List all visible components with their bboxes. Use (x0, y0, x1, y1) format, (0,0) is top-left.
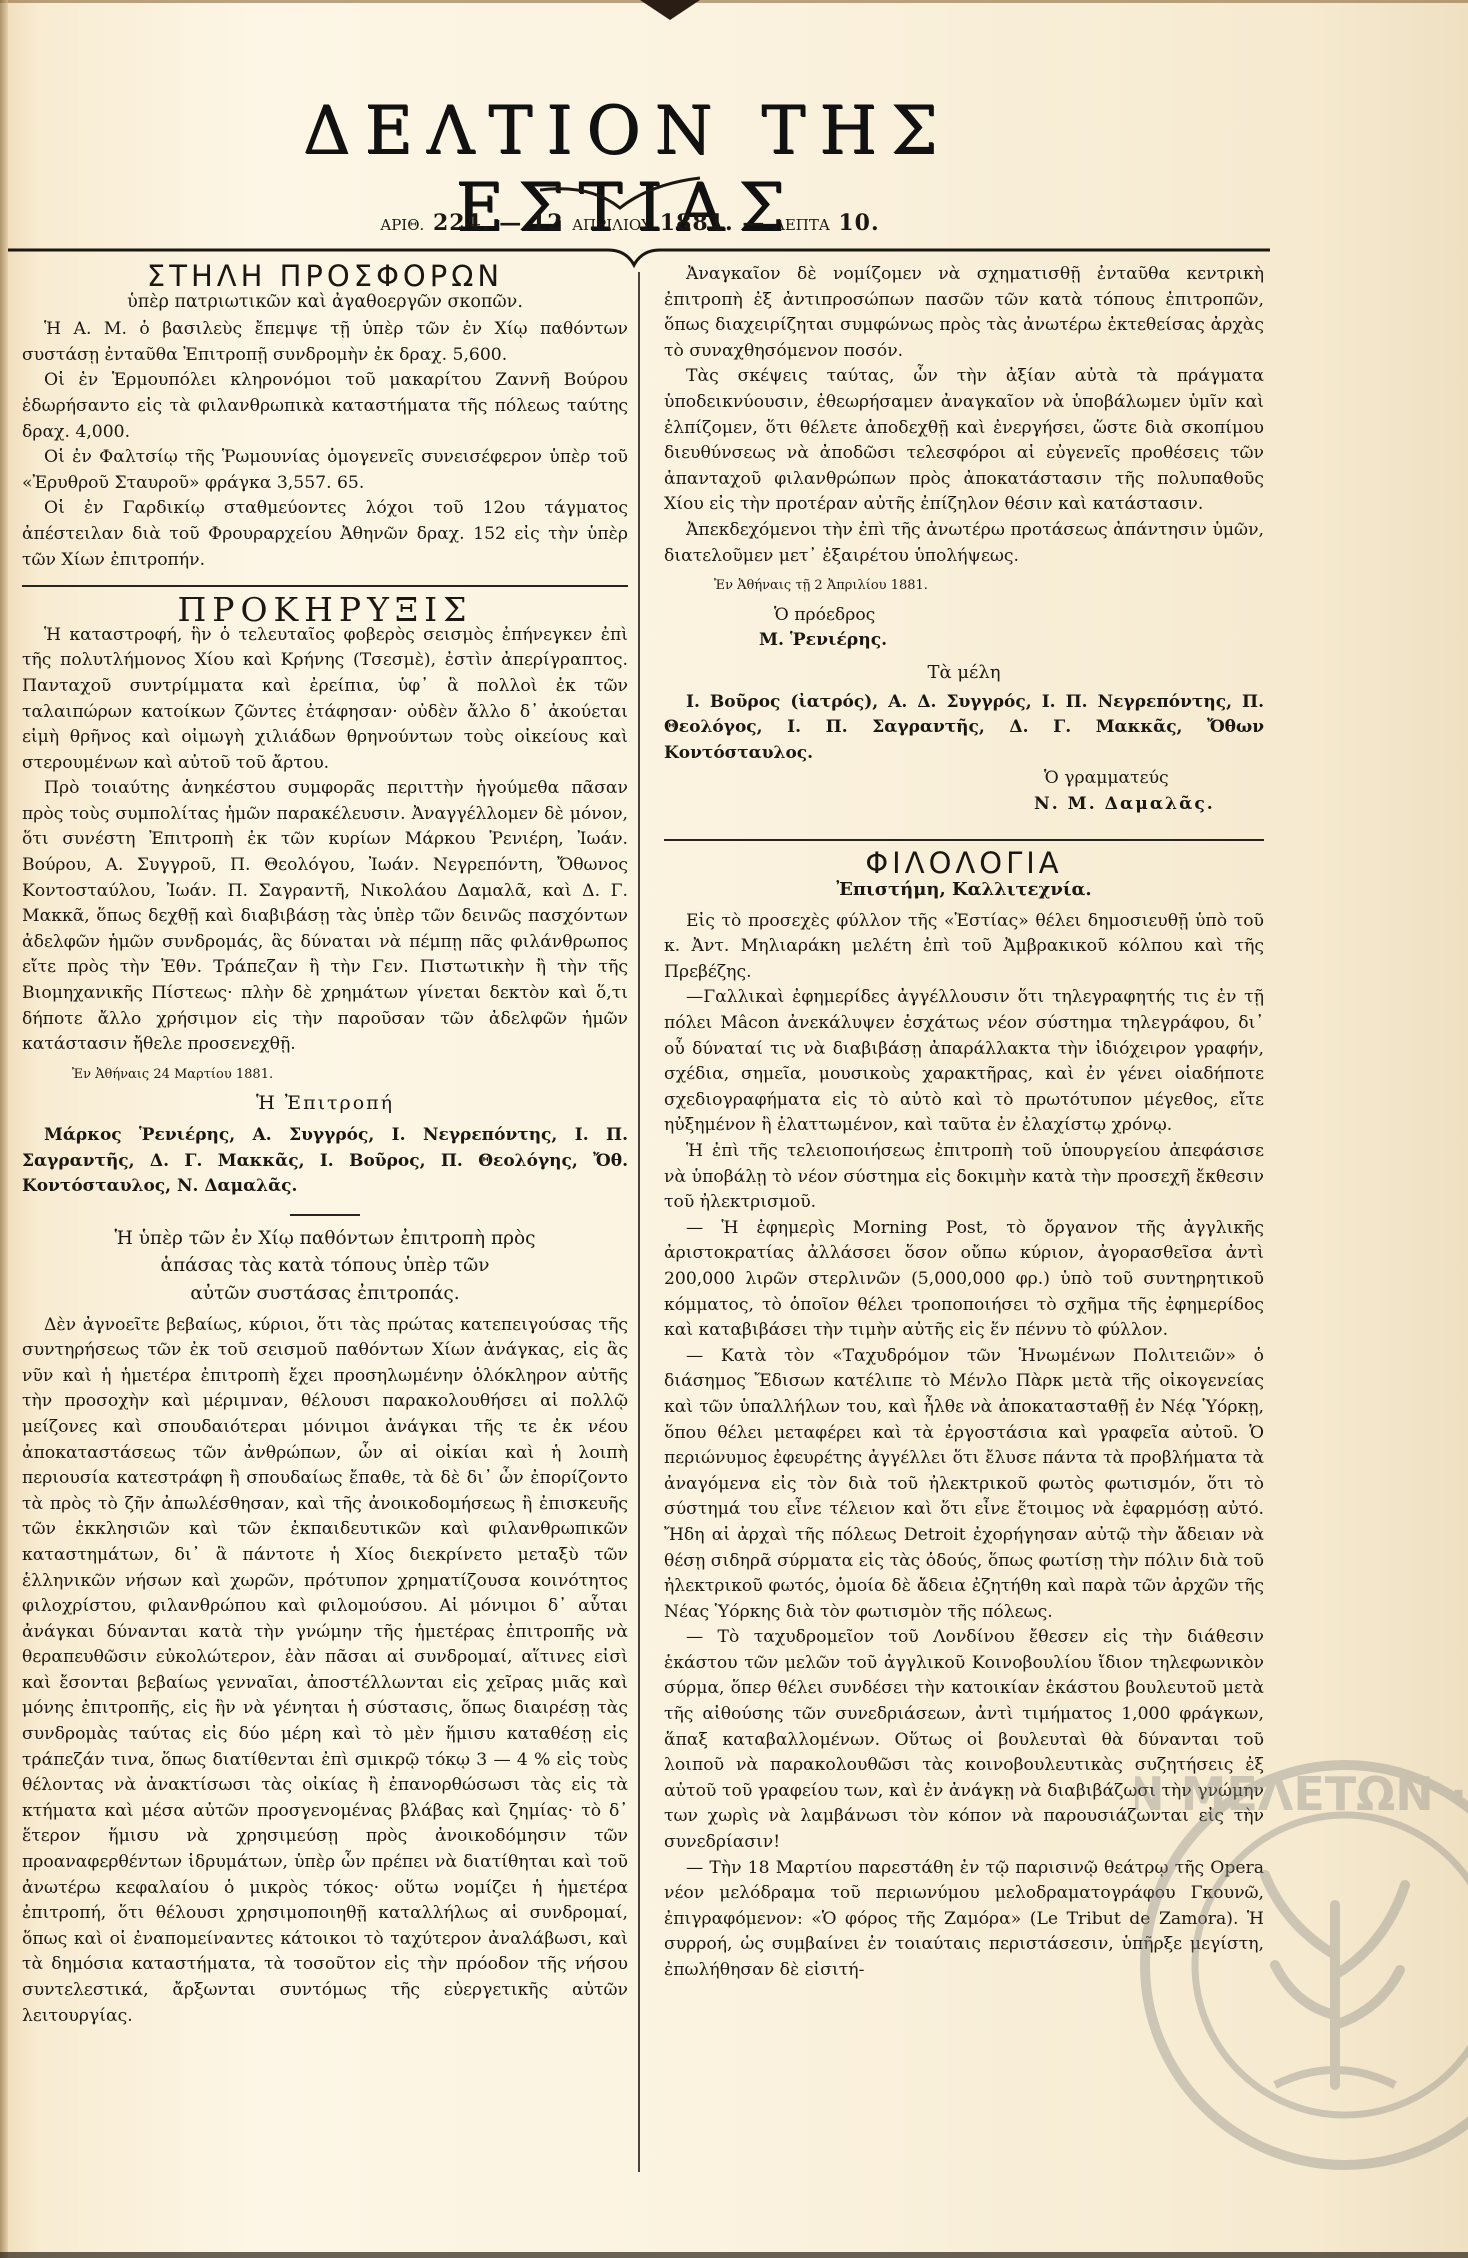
letter-heading-line: αὐτῶν συστάσας ἐπιτροπάς. (22, 1281, 628, 1307)
secretary-role: Ὁ γραμματεύς (664, 766, 1264, 792)
title-flourish-icon (520, 174, 720, 214)
paragraph: — Κατὰ τὸν «Ταχυδρόμον τῶν Ἡνωμένων Πολι… (664, 1344, 1264, 1626)
issue-dash: — (499, 210, 522, 236)
issue-dash: — (742, 210, 765, 236)
paragraph: Ἡ καταστροφή, ἣν ὁ τελευταῖος φοβερὸς σε… (22, 623, 628, 777)
section-divider (664, 839, 1264, 841)
issue-year: 1881. (660, 210, 734, 236)
paragraph: — Ἡ ἐφημερὶς Morning Post, τὸ ὄργανον τῆ… (664, 1216, 1264, 1344)
left-column: ΣΤΗΛΗ ΠΡΟΣΦΟΡΩΝ ὑπὲρ πατριωτικῶν καὶ ἀγα… (22, 262, 628, 2029)
right-column: Ἀναγκαῖον δὲ νομίζομεν νὰ σχηματισθῇ ἐντ… (664, 262, 1264, 1984)
section-heading: ΠΡΟΚΗΡΥΞΙΣ (22, 597, 628, 623)
page-top-edge (0, 0, 1468, 3)
offer-item: Οἱ ἐν Γαρδικίῳ σταθμεύοντες λόχοι τοῦ 12… (22, 496, 628, 573)
issue-prefix: ΑΡΙΘ. (380, 216, 424, 234)
section-heading: ΦΙΛΟΛΟΓΙΑ (664, 851, 1264, 877)
signature-heading: Ἡ Ἐπιτροπή (22, 1091, 628, 1117)
letter-section: Ἡ ὑπὲρ τῶν ἐν Χίῳ παθόντων ἐπιτροπὴ πρὸς… (22, 1226, 628, 2029)
price-value: 10. (838, 210, 879, 236)
section-heading: ΣΤΗΛΗ ΠΡΟΣΦΟΡΩΝ (22, 264, 628, 290)
paragraph: Πρὸ τοιαύτης ἀνηκέστου συμφορᾶς περιττὴν… (22, 776, 628, 1058)
dateline: Ἐν Ἀθήναις 24 Μαρτίου 1881. (22, 1062, 628, 1088)
paragraph: Ἡ ἐπὶ τῆς τελειοποιήσεως ἐπιτροπὴ τοῦ ὑπ… (664, 1139, 1264, 1216)
letter-continued: Ἀναγκαῖον δὲ νομίζομεν νὰ σχηματισθῇ ἐντ… (664, 262, 1264, 817)
president-name: Μ. Ῥενιέρης. (664, 628, 1264, 654)
paragraph: Ἀπεκδεχόμενοι τὴν ἐπὶ τῆς ἀνωτέρω προτάσ… (664, 518, 1264, 569)
price-label: ΛΕΠΤΑ (774, 216, 830, 234)
members-heading: Τὰ μέλη (664, 660, 1264, 686)
proclamation-section: ΠΡΟΚΗΡΥΞΙΣ Ἡ καταστροφή, ἣν ὁ τελευταῖος… (22, 597, 628, 1200)
section-subheading: Ἐπιστήμη, Καλλιτεχνία. (664, 877, 1264, 903)
short-divider (290, 1214, 360, 1216)
page-bottom-edge (0, 2252, 1468, 2258)
binding-notch (640, 0, 700, 20)
secretary-name: Ν. Μ. Δαμαλᾶς. (664, 792, 1264, 818)
paragraph: Ἀναγκαῖον δὲ νομίζομεν νὰ σχηματισθῇ ἐντ… (664, 262, 1264, 364)
offer-item: Οἱ ἐν Ἑρμουπόλει κληρονόμοι τοῦ μακαρίτο… (22, 368, 628, 445)
signatories: Μάρκος Ῥενιέρης, Α. Συγγρός, Ι. Νεγρεπόν… (22, 1123, 628, 1200)
offers-section: ΣΤΗΛΗ ΠΡΟΣΦΟΡΩΝ ὑπὲρ πατριωτικῶν καὶ ἀγα… (22, 264, 628, 573)
offer-item: Ἡ Α. Μ. ὁ βασιλεὺς ἔπεμψε τῇ ὑπὲρ τῶν ἐν… (22, 317, 628, 368)
section-subheading: ὑπὲρ πατριωτικῶν καὶ ἀγαθοεργῶν σκοπῶν. (22, 290, 628, 316)
president-role: Ὁ πρόεδρος (664, 603, 1264, 629)
issue-line: ΑΡΙΘ. 224. — 12 ΑΠΡΙΛΙΟΥ 1881. — ΛΕΠΤΑ 1… (150, 210, 1110, 236)
stamp-text: ΩΝ ΜΕΛΕΤΩΝ · ΕΛΙΑ (1135, 1767, 1468, 1821)
section-divider (22, 585, 628, 587)
paragraph: —Γαλλικαὶ ἐφημερίδες ἀγγέλλουσιν ὅτι τηλ… (664, 985, 1264, 1139)
offer-item: Οἱ ἐν Φαλτσίῳ τῆς Ῥωμουνίας ὁμογενεῖς συ… (22, 445, 628, 496)
paragraph: Εἰς τὸ προσεχὲς φύλλον τῆς «Ἑστίας» θέλε… (664, 909, 1264, 986)
paragraph: Τὰς σκέψεις ταύτας, ὧν τὴν ἀξίαν αὐτὰ τὰ… (664, 364, 1264, 518)
issue-number: 224. (433, 210, 491, 236)
issue-month: ΑΠΡΙΛΙΟΥ (572, 216, 651, 234)
letter-heading-line: Ἡ ὑπὲρ τῶν ἐν Χίῳ παθόντων ἐπιτροπὴ πρὸς (22, 1226, 628, 1252)
library-stamp-icon: ΩΝ ΜΕΛΕΤΩΝ · ΕΛΙΑ (1135, 1755, 1468, 2175)
members-list: Ι. Βοῦρος (ἰατρός), Α. Δ. Συγγρός, Ι. Π.… (664, 690, 1264, 767)
page-left-edge (0, 0, 8, 2258)
dateline: Ἐν Ἀθήναις τῇ 2 Ἀπριλίου 1881. (664, 573, 1264, 599)
paragraph: Δὲν ἀγνοεῖτε βεβαίως, κύριοι, ὅτι τὰς πρ… (22, 1313, 628, 2030)
letter-heading-line: ἁπάσας τὰς κατὰ τόπους ὑπὲρ τῶν (22, 1253, 628, 1279)
column-divider (638, 272, 640, 2172)
issue-day: 12 (531, 210, 564, 236)
